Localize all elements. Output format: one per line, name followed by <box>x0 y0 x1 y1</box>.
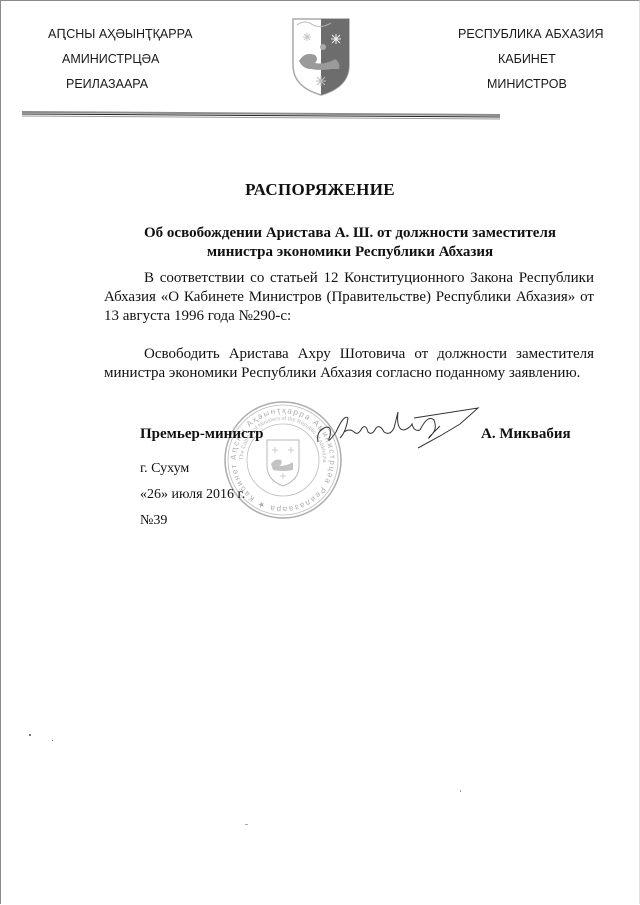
paragraph-legal-basis: В соответствии со статьей 12 Конституцио… <box>104 269 594 326</box>
document-number: №39 <box>140 513 167 529</box>
header-right-line-3: МИНИСТРОВ <box>487 78 567 91</box>
header-left-line-3: РЕИЛАЗААРА <box>66 78 148 91</box>
scan-speck <box>29 734 31 736</box>
signatory-name: А. Миквабия <box>481 426 571 443</box>
handwritten-signature <box>310 402 485 462</box>
header-right-line-2: КАБИНЕТ <box>498 53 556 66</box>
scan-speck <box>245 824 248 825</box>
document-subject: Об освобождении Аристава А. Ш. от должно… <box>100 224 600 262</box>
paragraph-1-text: В соответствии со статьей 12 Конституцио… <box>104 270 594 324</box>
header-left-line-1: АԤСНЫ АҲӘЫНҬҚАРРА <box>48 28 192 41</box>
header-right-line-1: РЕСПУБЛИКА АБХАЗИЯ <box>458 28 603 41</box>
coat-of-arms-icon <box>291 17 351 97</box>
paragraph-order: Освободить Аристава Ахру Шотовича от дол… <box>104 345 594 383</box>
scan-speck <box>52 740 53 741</box>
scan-speck <box>460 790 461 792</box>
document-date: «26» июля 2016 г. <box>140 487 245 503</box>
paragraph-2-text: Освободить Аристава Ахру Шотовича от дол… <box>104 346 594 381</box>
subject-line-2: министра экономики Республики Абхазия <box>100 243 600 262</box>
header-left-line-2: АМИНИСТРЦӘА <box>62 53 159 66</box>
subject-line-1: Об освобождении Аристава А. Ш. от должно… <box>100 224 600 243</box>
signatory-position: Премьер-министр <box>140 426 264 443</box>
header-divider <box>22 110 500 120</box>
document-city: г. Сухум <box>140 461 189 477</box>
document-title: РАСПОРЯЖЕНИЕ <box>0 180 640 200</box>
